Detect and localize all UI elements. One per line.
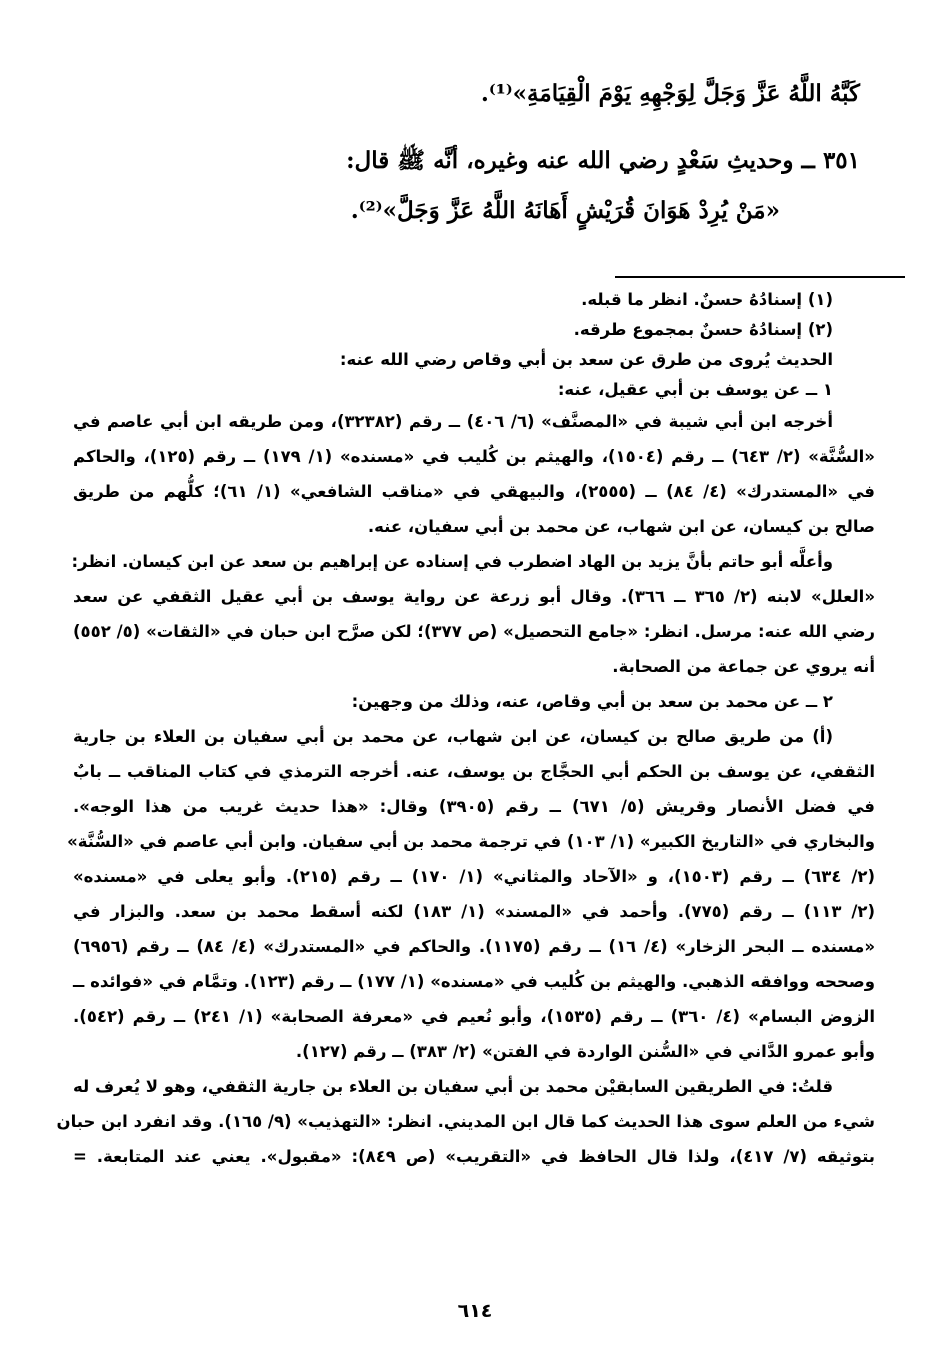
footnote-text: رضي الله عنه: مرسل. انظر: «جامع التحصيل»… [73, 622, 875, 641]
footnote-text: (أ) من طريق صالح بن كيسان، عن ابن شهاب، … [73, 727, 833, 746]
footnote-text: ٢ ــ عن محمد بن سعد بن أبي وقاص، عنه، وذ… [352, 692, 833, 711]
footnote-text: «العلل» لابنه (٢/ ٣٦٥ ــ ٣٦٦). وقال أبو … [73, 587, 875, 606]
footnote-text: (٢/ ١١٣) ــ رقم (٧٧٥). وأحمد في «المسند»… [73, 902, 875, 921]
hadith-351-intro: ٣٥١ ــ وحديثِ سَعْدٍ رضي الله عنه وغيره،… [346, 146, 860, 180]
page-number: ٦١٤ [440, 1300, 510, 1322]
footnote-2: (٢) إسنادُهُ حسنٌ بمجموع طرقه. [574, 320, 833, 339]
footnote-text: أخرجه ابن أبي شيبة في «المصنَّف» (٦/ ٤٠٦… [73, 412, 833, 431]
footnote-1: (١) إسنادُهُ حسنٌ. انظر ما قبله. [581, 290, 833, 309]
footnote-text: «مسنده ــ البحر الزخار» (٤/ ١٦) ــ رقم (… [73, 937, 875, 956]
footnote-divider [615, 276, 905, 278]
footnote-text: ١ ــ عن يوسف بن أبي عقيل، عنه: [558, 380, 833, 399]
footnote-text: أنه يروي عن جماعة من الصحابة. [612, 657, 875, 676]
footnote-text: وصححه ووافقه الذهبي. والهيثم بن كُليب في… [73, 972, 875, 991]
book-page: كَبَّهُ اللَّهُ عَزَّ وَجَلَّ لِوَجْهِهِ… [0, 0, 945, 1372]
footnote-text: (٢/ ٦٣٤) ــ رقم (١٥٠٣)، و «الآحاد والمثا… [73, 867, 875, 886]
footnote-text: وأعلَّه أبو حاتم بأنَّ يزيد بن الهاد اضط… [73, 552, 833, 571]
hadith-351-text: «مَنْ يُرِدْ هَوَانَ قُرَيْشٍ أَهَانَهُ … [351, 197, 780, 224]
footnote-text: شيء من العلم سوى هذا الحديث كما قال ابن … [73, 1112, 875, 1131]
footnote-text: الزوض البسام» (٤/ ٣٦٠) ــ رقم (١٥٣٥)، وأ… [73, 1007, 875, 1026]
footnote-text: الثقفي، عن يوسف بن الحكم أبي الحجَّاج بن… [73, 762, 875, 781]
footnote-text: والبخاري في «التاريخ الكبير» (١/ ١٠٣) في… [73, 832, 875, 851]
footnote-text: صالح بن كيسان، عن ابن شهاب، عن محمد بن أ… [368, 517, 875, 536]
footnote-text: «السُّنَّة» (٢/ ٦٤٣) ــ رقم (١٥٠٤)، واله… [73, 447, 875, 466]
footnote-text: في فضل الأنصار وقريش (٥/ ٦٧١) ــ رقم (٣٩… [73, 797, 875, 816]
footnote-text: في «المستدرك» (٤/ ٨٤) ــ (٢٥٥٥)، والبيهق… [73, 482, 875, 501]
footnote-text: بتوثيقه (٧/ ٤١٧)، ولذا قال الحافظ في «ال… [73, 1147, 875, 1166]
footnote-text: وأبو عمرو الدَّاني في «السُّنن الواردة ف… [296, 1042, 875, 1061]
footnote-text: الحديث يُروى من طرق عن سعد بن أبي وقاص ر… [340, 350, 833, 369]
footnote-text: قلتُ: في الطريقين السابقيْن محمد بن أبي … [73, 1077, 833, 1096]
main-text-line-1: كَبَّهُ اللَّهُ عَزَّ وَجَلَّ لِوَجْهِهِ… [481, 80, 860, 107]
